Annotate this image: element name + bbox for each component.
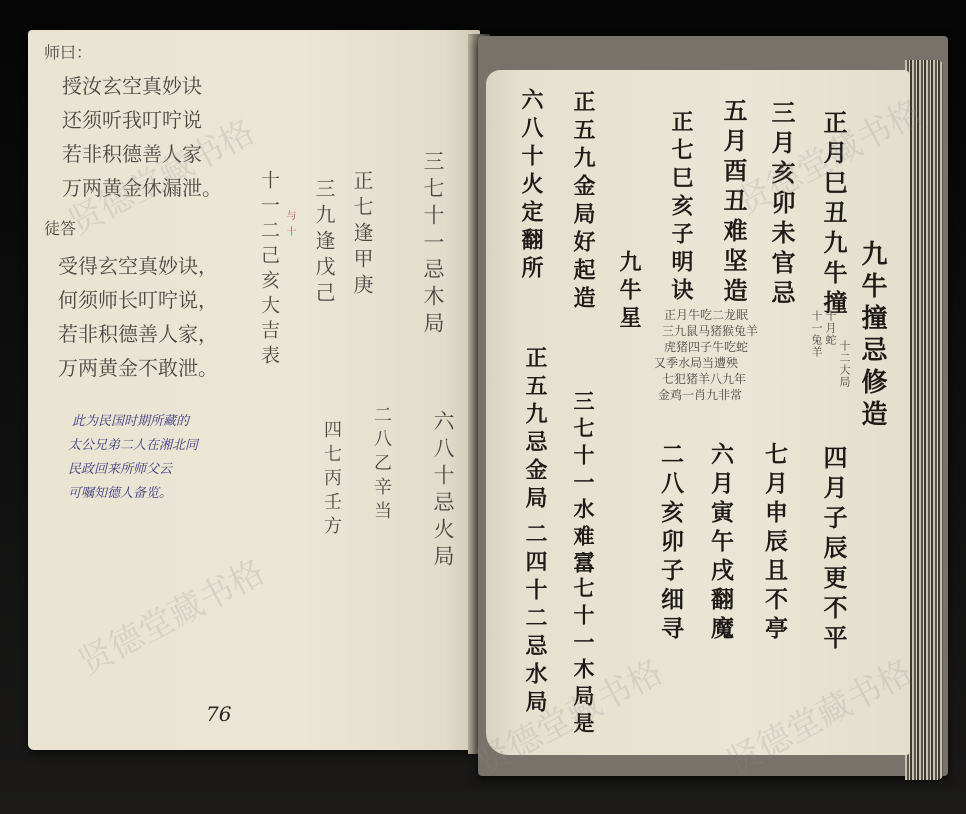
right-page: 九牛撞忌修造 正月巳丑九牛撞 三月亥卯未官忌 五月酉丑难坚造 正七巳亥子明诀 九…	[486, 70, 910, 755]
column-er-ba: 二八乙辛当	[368, 405, 394, 525]
student-poem-line-4: 万两黄金不敢泄。	[58, 352, 218, 381]
dense-note-6: 金鸡一肖九非常	[658, 386, 742, 403]
column-7: 六八十火定翻所	[516, 88, 547, 284]
blue-note-line-3: 民政回来所师父云	[68, 458, 172, 477]
student-reply-label: 徒答	[44, 216, 76, 239]
teacher-header: 师曰：	[44, 40, 92, 63]
student-poem-line-3: 若非积德善人家，	[58, 318, 218, 347]
column-san-jiu: 三九逢戊己	[310, 178, 339, 308]
page-edges	[905, 60, 943, 780]
teacher-poem-line-2: 还须听我叮咛说	[62, 104, 202, 133]
dense-note-1: 正月牛吃二龙眠	[664, 306, 748, 323]
teacher-poem-line-4: 万两黄金休漏泄。	[62, 172, 222, 201]
column-1: 正月巳丑九牛撞	[816, 110, 851, 320]
dense-note-5: 七犯猪羊八九年	[662, 370, 746, 387]
column-11: 三七十一木局是	[568, 550, 598, 739]
column-15: 二八亥卯子细寻	[654, 442, 687, 645]
student-poem-line-2: 何须师长叮咛说，	[58, 284, 218, 313]
student-poem-line-1: 受得玄空真妙诀，	[58, 250, 218, 279]
column-shi-yi-er: 十一二己亥大吉表	[256, 170, 283, 370]
page-title: 九牛撞忌修造	[854, 240, 891, 432]
dense-note-3: 虎猪四子牛吃蛇	[664, 338, 748, 355]
column-6: 正五九金局好起造	[568, 90, 599, 314]
column-2: 三月亥卯未官忌	[764, 100, 799, 310]
column-wood: 三七十一忌木局	[418, 150, 448, 339]
column-jiu-niu-xing: 九牛星	[614, 250, 645, 334]
column-4: 正七巳亥子明诀	[666, 110, 697, 306]
blue-note-line-4: 可嘱知德人备览。	[68, 482, 172, 501]
left-page: 师曰： 授汝玄空真妙诀 还须听我叮咛说 若非积德善人家 万两黄金休漏泄。 徒答 …	[28, 30, 480, 750]
column-14: 六月寅午戌翻魔	[704, 442, 737, 645]
side-note-3: 十二大局	[836, 340, 852, 388]
column-9: 二四十二忌水局	[520, 522, 551, 718]
red-annotation: 与十	[282, 210, 297, 242]
blue-note-line-2: 太公兄弟二人在湘北同	[68, 434, 198, 453]
watermark: 贤德堂藏书格	[68, 545, 271, 684]
blue-note-line-1: 此为民国时期所藏的	[72, 410, 189, 429]
teacher-poem-line-3: 若非积德善人家	[62, 138, 202, 167]
column-zheng-qi: 正七逢甲庚	[348, 170, 377, 300]
column-12: 四月子辰更不平	[816, 445, 851, 655]
column-fire: 六八十忌火局	[428, 410, 458, 572]
column-3: 五月酉丑难坚造	[716, 98, 751, 308]
dense-note-4: 又季水局当遭殃	[654, 354, 738, 371]
teacher-poem-line-1: 授汝玄空真妙诀	[62, 70, 202, 99]
page-number: 76	[206, 702, 231, 726]
book-photo: 师曰： 授汝玄空真妙诀 还须听我叮咛说 若非积德善人家 万两黄金休漏泄。 徒答 …	[0, 0, 966, 814]
side-note-2: 十一兔羊	[808, 310, 824, 358]
column-si-qi: 四七丙壬方	[318, 420, 344, 540]
column-8: 正五九忌金局	[520, 346, 551, 514]
dense-note-2: 三九鼠马猪猴兔羊	[662, 322, 758, 339]
column-13: 七月申辰且不亭	[758, 442, 791, 645]
